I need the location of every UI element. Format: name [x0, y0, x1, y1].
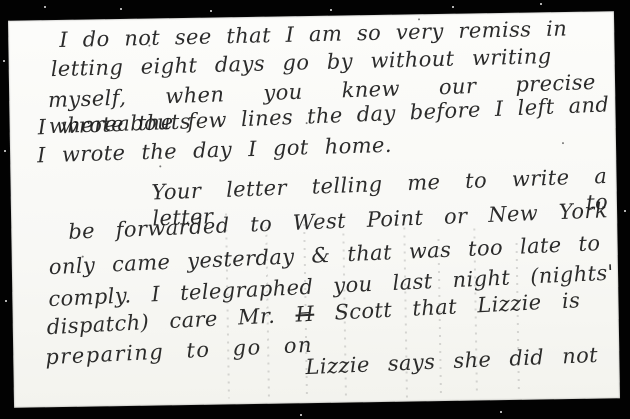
scan-speck [452, 6, 454, 8]
scan-speck [562, 142, 564, 144]
scan-speck [624, 210, 626, 212]
scanned-letter-image: I do not see that I am so very remiss in… [0, 0, 630, 419]
scan-speck [540, 3, 542, 5]
scan-speck [210, 10, 212, 12]
scan-speck [120, 8, 122, 10]
scan-speck [44, 6, 46, 8]
letter-paper: I do not see that I am so very remiss in… [8, 11, 620, 407]
scan-speck [330, 9, 332, 11]
scan-speck [159, 165, 161, 167]
scan-speck [148, 45, 150, 47]
scan-speck [82, 256, 84, 258]
scan-speck [306, 122, 308, 124]
scan-speck [300, 414, 302, 416]
scan-speck [5, 300, 7, 302]
handwriting-line: Lizzie says she did not [305, 342, 599, 380]
scan-speck [418, 18, 420, 20]
scan-speck [500, 411, 502, 413]
scan-speck [4, 150, 6, 152]
scan-speck [3, 60, 5, 62]
